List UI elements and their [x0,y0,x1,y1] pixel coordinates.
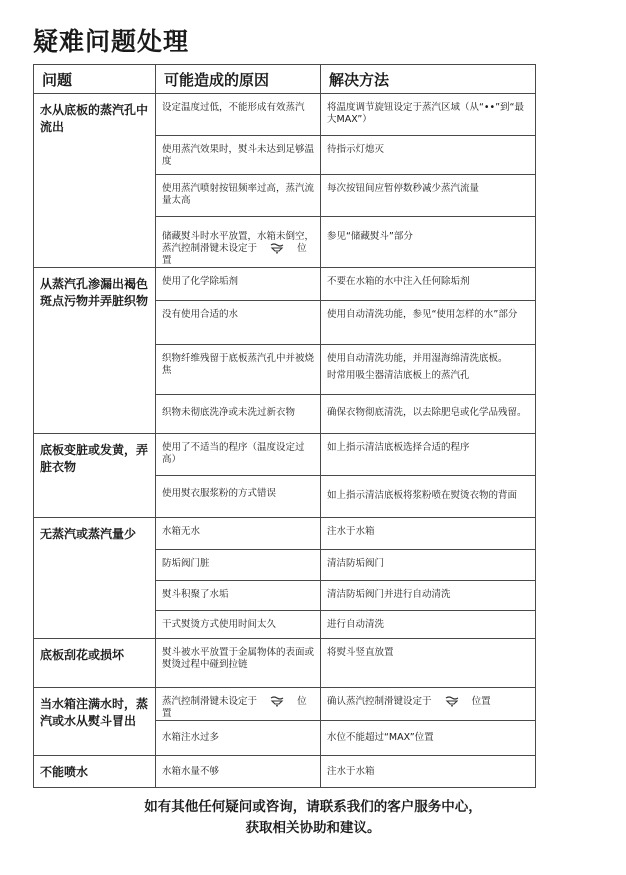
troubleshooting-table: 问题 可能造成的原因 解决方法 水从底板的蒸汽孔中流出 设定温度过低，不能形成有… [33,64,536,788]
cause-cell: 熨斗被水平放置于金属物体的表面或熨烫过程中碰到拉链 [156,639,321,688]
problem-cell: 无蒸汽或蒸汽量少 [34,518,156,639]
column-header-problem: 问题 [34,65,156,94]
problem-cell: 当水箱注满水时，蒸汽或水从熨斗冒出 [34,688,156,756]
contact-note-line1: 如有其他任何疑问或咨询，请联系我们的客户服务中心， [0,797,626,818]
column-header-solution: 解决方法 [321,65,536,94]
problem-cell: 底板刮花或损坏 [34,639,156,688]
cause-text: 储藏熨斗时水平放置，水箱未倒空， [162,231,314,242]
cause-text: 蒸汽控制滑键未设定于 [162,696,257,707]
contact-note: 如有其他任何疑问或咨询，请联系我们的客户服务中心， 获取相关协助和建议。 [0,797,626,839]
solution-cell: 使用自动清洗功能，并用湿海绵清洗底板。 时常用吸尘器清洁底板上的蒸汽孔 [321,345,536,395]
cause-text: 蒸汽控制滑键未设定于 [162,243,257,254]
table-row: 无蒸汽或蒸汽量少 水箱无水 注水于水箱 [34,518,536,550]
solution-cell: 不要在水箱的水中注入任何除垢剂 [321,268,536,301]
cause-cell: 使用蒸汽效果时，熨斗未达到足够温度 [156,136,321,175]
cause-cell: 防垢阀门脏 [156,550,321,581]
problem-cell: 从蒸汽孔渗漏出褐色斑点污物并弄脏织物 [34,268,156,434]
column-header-cause: 可能造成的原因 [156,65,321,94]
table-header-row: 问题 可能造成的原因 解决方法 [34,65,536,94]
cause-cell: 织物未彻底洗净或未洗过新衣物 [156,395,321,434]
contact-note-line2: 获取相关协助和建议。 [0,818,626,839]
solution-cell: 每次按钮间应暂停数秒减少蒸汽流量 [321,175,536,217]
problem-cell: 不能喷水 [34,756,156,788]
cause-cell: 蒸汽控制滑键未设定于 位置 [156,688,321,721]
solution-cell: 清洁防垢阀门 [321,550,536,581]
cause-cell: 织物纤维残留于底板蒸汽孔中并被烧焦 [156,345,321,395]
solution-cell: 待指示灯熄灭 [321,136,536,175]
solution-cell: 如上指示清洁底板选择合适的程序 [321,434,536,476]
solution-text: 确认蒸汽控制滑键设定于 [327,696,432,707]
solution-text: 位置 [472,696,491,707]
solution-cell: 清洁防垢阀门并进行自动清洗 [321,581,536,611]
cause-cell: 水箱无水 [156,518,321,550]
table-row: 底板刮花或损坏 熨斗被水平放置于金属物体的表面或熨烫过程中碰到拉链 将熨斗竖直放… [34,639,536,688]
solution-cell: 确保衣物彻底清洗，以去除肥皂或化学品残留。 [321,395,536,434]
cause-cell: 水箱水量不够 [156,756,321,788]
cause-cell: 熨斗积聚了水垢 [156,581,321,611]
solution-text: 使用自动清洗功能，并用湿海绵清洗底板。 [327,353,508,364]
solution-text: 时常用吸尘器清洁底板上的蒸汽孔 [327,370,529,382]
page-title: 疑难问题处理 [33,22,189,58]
table-row: 从蒸汽孔渗漏出褐色斑点污物并弄脏织物 使用了化学除垢剂 不要在水箱的水中注入任何… [34,268,536,301]
cause-cell: 水箱注水过多 [156,721,321,756]
solution-cell: 注水于水箱 [321,518,536,550]
cause-cell: 使用熨衣服浆粉的方式错误 [156,476,321,518]
cause-cell: 使用了不适当的程序（温度设定过高） [156,434,321,476]
problem-cell: 底板变脏或发黄，弄脏衣物 [34,434,156,518]
cause-cell: 设定温度过低，不能形成有效蒸汽 [156,94,321,136]
table-row: 不能喷水 水箱水量不够 注水于水箱 [34,756,536,788]
solution-cell: 将熨斗竖直放置 [321,639,536,688]
solution-cell: 确认蒸汽控制滑键设定于 位置 [321,688,536,721]
steam-off-icon [270,243,284,254]
cause-cell: 干式熨烫方式使用时间太久 [156,611,321,639]
solution-cell: 如上指示清洁底板将浆粉喷在熨烫衣物的背面 [321,476,536,518]
steam-off-icon [270,696,284,707]
solution-cell: 水位不能超过“MAX”位置 [321,721,536,756]
cause-cell: 使用了化学除垢剂 [156,268,321,301]
solution-cell: 使用自动清洗功能，参见“使用怎样的水”部分 [321,301,536,345]
solution-cell: 注水于水箱 [321,756,536,788]
problem-cell: 水从底板的蒸汽孔中流出 [34,94,156,268]
table-row: 水从底板的蒸汽孔中流出 设定温度过低，不能形成有效蒸汽 将温度调节旋钮设定于蒸汽… [34,94,536,136]
cause-cell: 没有使用合适的水 [156,301,321,345]
solution-cell: 将温度调节旋钮设定于蒸汽区域（从“••”到“最大MAX”） [321,94,536,136]
table-row: 当水箱注满水时，蒸汽或水从熨斗冒出 蒸汽控制滑键未设定于 位置 确认蒸汽控制滑键… [34,688,536,721]
solution-cell: 参见“储藏熨斗”部分 [321,217,536,268]
solution-cell: 进行自动清洗 [321,611,536,639]
table-row: 底板变脏或发黄，弄脏衣物 使用了不适当的程序（温度设定过高） 如上指示清洁底板选… [34,434,536,476]
cause-cell: 储藏熨斗时水平放置，水箱未倒空， 蒸汽控制滑键未设定于 位置 [156,217,321,268]
steam-off-icon [445,696,459,707]
cause-cell: 使用蒸汽喷射按钮频率过高，蒸汽流量太高 [156,175,321,217]
